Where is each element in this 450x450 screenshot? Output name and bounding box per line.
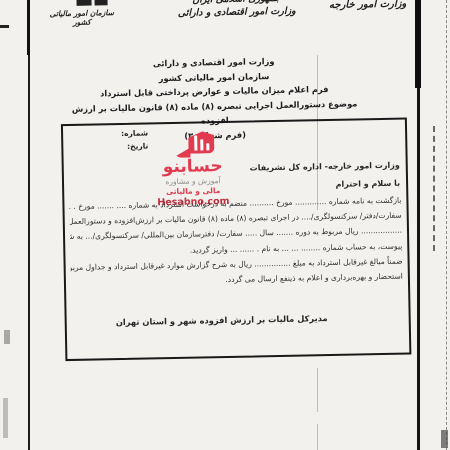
salutation-line: با سلام و احترام [336,179,401,189]
recipient-line: وزارت امور خارجه- اداره کل تشریفات [250,161,400,173]
letterhead-foreign-ministry: وزارت امور خارجه [325,0,411,11]
letterhead-economy-ministry: وزارت امور اقتصادی و دارائی [157,5,317,19]
hesabno-logo-icon [170,131,214,158]
letterhead-center: جمهوری اسلامی ایران وزارت امور اقتصادی و… [156,0,316,19]
tax-organization-emblem-icon [76,0,110,7]
hesabno-brand-text: حسابنو [140,157,246,177]
letter-body-text: بازگشت به نامه شماره ............. مورخ … [69,193,403,291]
scanned-document-page: وزارت امور خارجه جمهوری اسلامی ایران وزا… [0,0,450,450]
document-content: وزارت امور خارجه جمهوری اسلامی ایران وزا… [0,0,450,450]
signature-title: مدیرکل مالیات بر ارزش افزوده شهر و استان… [99,313,345,328]
letterhead-tax-organization: سازمان امور مالیاتی کشور [47,8,117,27]
